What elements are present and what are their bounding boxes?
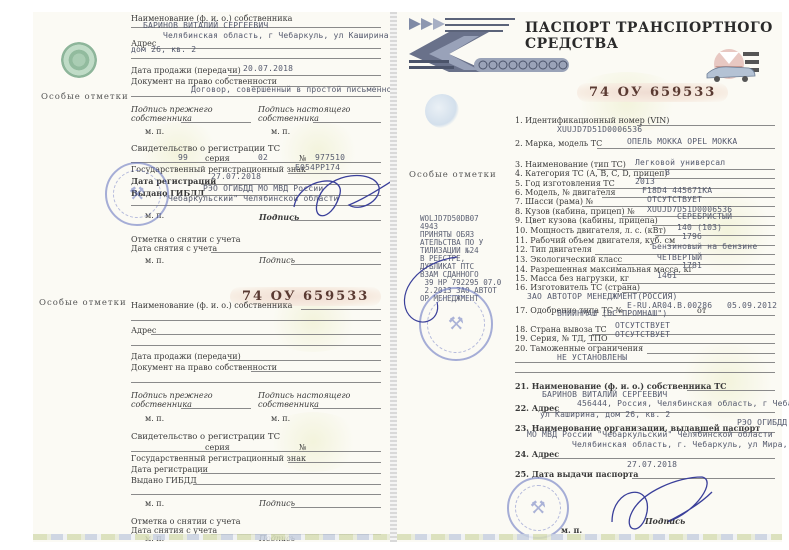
field-value-line-2: ВНИИНМАШ (ОС"ПРОМНАШ") bbox=[557, 309, 667, 318]
field-value: ОПЕЛЬ МОККА OPEL MOKKA bbox=[627, 137, 737, 146]
underline bbox=[228, 360, 381, 361]
cur-owner-signature-label-2: собственника bbox=[258, 400, 319, 409]
underline bbox=[131, 451, 381, 452]
underline bbox=[131, 345, 381, 346]
prev-owner-signature-label: Подпись прежнего bbox=[131, 391, 213, 400]
approval-date-value: 05.09.2012 bbox=[727, 301, 777, 310]
field-label: 20. Таможенные ограничения bbox=[515, 344, 643, 353]
underline bbox=[251, 371, 381, 372]
underline bbox=[647, 353, 775, 354]
right-page: ПАСПОРТ ТРАНСПОРТНОГО СРЕДСТВА 74 ОУ 659… bbox=[397, 12, 782, 542]
field-label: 13. Экологический класс bbox=[515, 255, 622, 264]
signature-line bbox=[291, 507, 381, 508]
field-value: 1796 bbox=[682, 232, 702, 241]
stamp-place-label: м. п. bbox=[145, 499, 164, 508]
underline bbox=[131, 494, 381, 495]
underline bbox=[637, 125, 775, 126]
field-label: 9. Цвет кузова (кабины, прицепа) bbox=[515, 216, 658, 225]
reg-date-value: 27.07.2018 bbox=[211, 172, 261, 181]
owner-value: БАРИНОВ ВИТАЛИЙ СЕРГЕЕВИЧ bbox=[143, 21, 268, 30]
underline bbox=[131, 162, 381, 163]
underline bbox=[193, 484, 381, 485]
underline bbox=[687, 390, 775, 391]
field-label: 2. Марка, модель ТС bbox=[515, 139, 602, 148]
field-value: РЭО ОГИБДД bbox=[737, 418, 787, 427]
underline bbox=[515, 372, 775, 373]
field-label: 10. Мощность двигателя, л. с. (кВт) bbox=[515, 226, 666, 235]
owner-label: Наименование (ф. и. о.) собственника bbox=[131, 301, 292, 310]
series-prefix-value: 99 bbox=[178, 153, 188, 162]
field-value: 1461 bbox=[657, 271, 677, 280]
field-value: 1781 bbox=[682, 261, 702, 270]
underline bbox=[228, 75, 381, 76]
issued-by-label: Выдано ГИБДД bbox=[131, 476, 197, 485]
deregistration-date-label: Дата снятия с учета bbox=[131, 244, 217, 253]
field-label: 8. Кузов (кабина, прицеп) № bbox=[515, 207, 635, 216]
address-value-line-2: дом 26, кв. 2 bbox=[131, 45, 196, 54]
field-value: ОТСУТСТВУЕТ bbox=[615, 321, 670, 330]
field-value: ОТСУТСТВУЕТ bbox=[647, 195, 702, 204]
signature-label: Подпись bbox=[259, 256, 295, 265]
underline bbox=[211, 252, 381, 253]
field-value: 27.07.2018 bbox=[627, 460, 677, 469]
field-value: F18D4 445671KA bbox=[642, 186, 712, 195]
signature-icon bbox=[607, 472, 717, 542]
field-label: 3. Наименование (тип ТС) bbox=[515, 160, 626, 169]
deregistration-label: Отметка о снятии с учета bbox=[131, 517, 240, 526]
field-value-line-2: МО МВД России "Чебаркульский" Челябинско… bbox=[527, 430, 773, 439]
police-seal-stamp-icon: ⚒ bbox=[507, 477, 569, 539]
field-value: 140 (103) bbox=[677, 223, 722, 232]
stamp-place-label: м. п. bbox=[145, 127, 164, 136]
stamp-place-label: м. п. bbox=[145, 414, 164, 423]
sale-date-value: 20.07.2018 bbox=[243, 64, 293, 73]
underline bbox=[301, 309, 381, 310]
stamp-place-label: м. п. bbox=[145, 256, 164, 265]
sale-date-label: Дата продажи (передачи) bbox=[131, 66, 241, 75]
special-marks-label: Особые отметки bbox=[41, 92, 129, 102]
special-marks-label: Особые отметки bbox=[409, 170, 497, 180]
signature-line bbox=[313, 408, 381, 409]
signature-line bbox=[181, 408, 251, 409]
field-value: НЕ УСТАНОВЛЕНЫ bbox=[557, 353, 627, 362]
car-emblem-icon bbox=[705, 48, 763, 88]
field-label: 1. Идентификационный номер (VIN) bbox=[515, 116, 669, 125]
cur-owner-signature-label-2: собственника bbox=[258, 114, 319, 123]
field-value: СЕРЕБРИСТЫЙ bbox=[677, 212, 732, 221]
field-label: 15. Масса без нагрузки, кг bbox=[515, 274, 629, 283]
series-value: 02 bbox=[258, 153, 268, 162]
underline bbox=[288, 462, 381, 463]
field-value: Бензиновый на бензине bbox=[652, 242, 757, 251]
field-label: 16. Изготовитель ТС (страна) bbox=[515, 283, 640, 292]
underline bbox=[131, 96, 381, 97]
left-page: Особые отметки Наименование (ф. и. о.) с… bbox=[33, 12, 391, 542]
field-value: B bbox=[665, 168, 670, 177]
field-value: 456444, Россия, Челябинская область, г Ч… bbox=[577, 399, 789, 408]
underline bbox=[131, 382, 381, 383]
sale-date-label: Дата продажи (передачи) bbox=[131, 352, 241, 361]
special-marks-label: Особые отметки bbox=[39, 298, 127, 308]
signature-label: Подпись bbox=[645, 516, 685, 526]
field-label: 12. Тип двигателя bbox=[515, 245, 592, 254]
document-serial-number: 74 ОУ 659533 bbox=[577, 83, 728, 102]
underline bbox=[515, 362, 775, 363]
signature-label: Подпись bbox=[259, 499, 295, 508]
security-footer-strip bbox=[397, 534, 782, 540]
underline bbox=[131, 320, 381, 321]
security-footer-strip bbox=[33, 534, 391, 540]
field-value-line-2: ул Каширина, дом 26, кв. 2 bbox=[540, 410, 670, 419]
guilloche-rosette-icon bbox=[61, 42, 97, 78]
stamp-place-label: м. п. bbox=[271, 414, 290, 423]
field-value: ОТСУТСТВУЕТ bbox=[615, 330, 670, 339]
field-label: 19. Серия, № ТД, ТПО bbox=[515, 334, 608, 343]
address-value-line-1: Челябинская область, г Чебаркуль, ул Каш… bbox=[163, 31, 394, 40]
cur-owner-signature-label: Подпись настоящего bbox=[258, 391, 350, 400]
signature-line bbox=[313, 122, 381, 123]
plate-label: Государственный регистрационный знак bbox=[131, 454, 306, 463]
underline bbox=[151, 334, 381, 335]
prev-owner-signature-label: Подпись прежнего bbox=[131, 105, 213, 114]
underline bbox=[597, 148, 775, 149]
field-value: XUUJD7D51D0006536 bbox=[557, 125, 642, 134]
reg-date-label: Дата регистрации bbox=[131, 465, 208, 474]
approval-date-label: от bbox=[697, 306, 706, 315]
globe-hologram-icon bbox=[425, 94, 459, 128]
underline bbox=[667, 274, 775, 275]
field-label: 18. Страна вывоза ТС bbox=[515, 325, 607, 334]
field-value: Челябинская область, г. Чебаркуль, ул Ми… bbox=[572, 440, 789, 449]
field-value: БАРИНОВ ВИТАЛИЙ СЕРГЕЕВИЧ bbox=[542, 390, 667, 399]
field-value: 2013 bbox=[635, 177, 655, 186]
underline bbox=[542, 458, 775, 459]
registration-cert-label: Свидетельство о регистрации ТС bbox=[131, 432, 280, 442]
police-seal-stamp-icon: ⚒ bbox=[105, 162, 169, 226]
field-value: Легковой универсал bbox=[635, 158, 725, 167]
field-label: 6. Модель, № двигателя bbox=[515, 188, 616, 197]
field-value: ЗАО АВТОТОР МЕНЕДЖМЕНТ(РОССИЯ) bbox=[527, 292, 678, 301]
signature-icon bbox=[397, 252, 467, 332]
underline bbox=[622, 283, 775, 284]
underline bbox=[637, 178, 775, 179]
number-value: 977510 bbox=[315, 153, 345, 162]
signature-line bbox=[181, 122, 251, 123]
field-label: 7. Шасси (рама) № bbox=[515, 197, 593, 206]
field-label: 5. Год изготовления ТС bbox=[515, 179, 615, 188]
stamp-place-label: м. п. bbox=[271, 127, 290, 136]
signature-line bbox=[291, 264, 381, 265]
underline bbox=[131, 58, 381, 59]
underline bbox=[201, 473, 381, 474]
deregistration-label: Отметка о снятии с учета bbox=[131, 235, 240, 244]
cur-owner-signature-label: Подпись настоящего bbox=[258, 105, 350, 114]
